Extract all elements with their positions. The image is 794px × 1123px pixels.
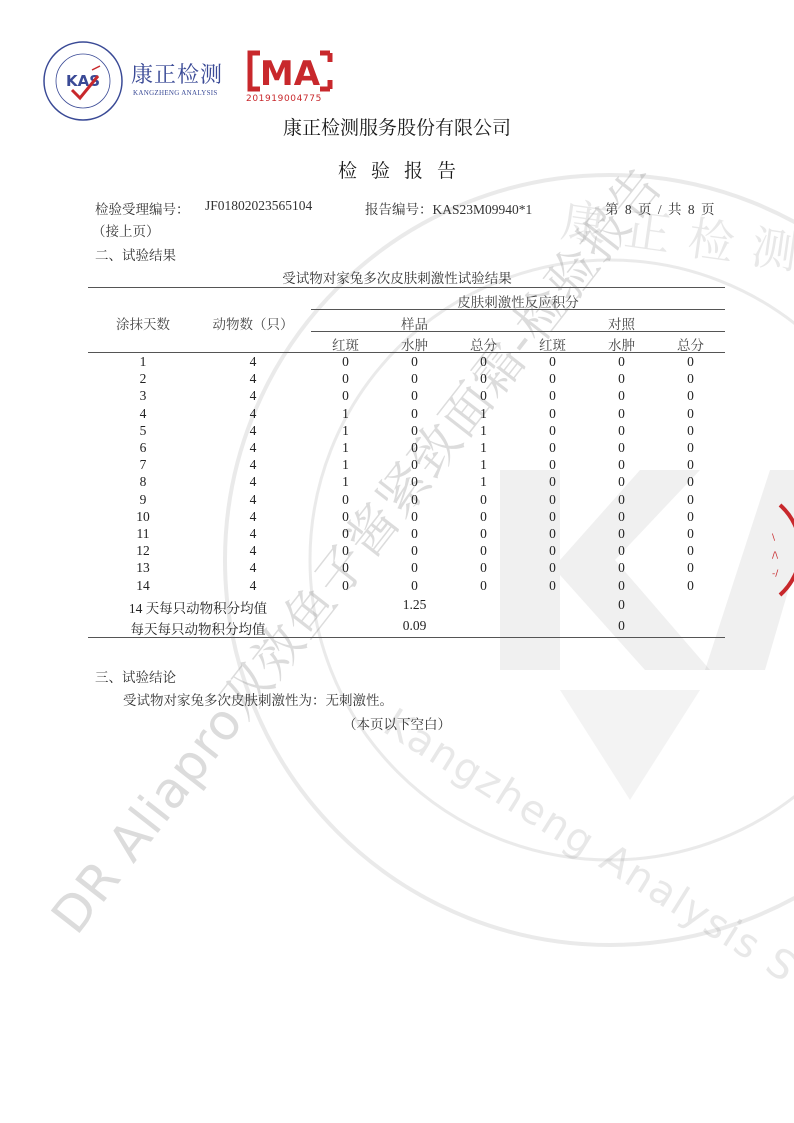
table-cell-s-ery: 1: [311, 474, 380, 490]
table-cell-c-ede: 0: [587, 492, 656, 508]
table-cell-s-tot: 0: [449, 388, 518, 404]
table-cell-s-ede: 0: [380, 440, 449, 456]
table-cell-c-ede: 0: [587, 440, 656, 456]
table-cell-n: 4: [198, 423, 308, 439]
report-title: 检验报告: [0, 156, 794, 183]
table-cell-s-tot: 0: [449, 371, 518, 387]
table-cell-c-tot: 0: [656, 440, 725, 456]
table-cell-c-tot: 0: [656, 509, 725, 525]
table-cell-c-tot: 0: [656, 457, 725, 473]
summary-label: 每天每只动物积分均值: [88, 618, 308, 638]
svg-text:/\: /\: [772, 551, 779, 561]
table-cell-s-ery: 0: [311, 354, 380, 370]
watermark-arc-en: Kangzheng Analysis S: [376, 700, 794, 992]
table-cell-n: 4: [198, 354, 308, 370]
table-cell-n: 4: [198, 457, 308, 473]
blank-below-note: （本页以下空白）: [0, 713, 794, 733]
header-control-total: 总分: [656, 334, 725, 354]
summary-control-value: 0: [587, 618, 656, 634]
table-bottom-rule: [88, 637, 725, 638]
table-cell-c-ery: 0: [518, 543, 587, 559]
table-cell-c-ede: 0: [587, 371, 656, 387]
table-cell-s-tot: 0: [449, 354, 518, 370]
svg-text:MA: MA: [260, 54, 321, 92]
page-indicator: 第 8 页 / 共 8 页: [605, 198, 716, 218]
table-cell-s-ede: 0: [380, 492, 449, 508]
table-cell-n: 4: [198, 560, 308, 576]
table-cell-c-ede: 0: [587, 423, 656, 439]
table-cell-s-tot: 0: [449, 526, 518, 542]
table-cell-c-tot: 0: [656, 354, 725, 370]
table-cell-s-ede: 0: [380, 526, 449, 542]
table-cell-day: 11: [88, 526, 198, 542]
table-cell-day: 5: [88, 423, 198, 439]
table-cell-s-ede: 0: [380, 578, 449, 594]
table-cell-s-ede: 0: [380, 474, 449, 490]
svg-text:\: \: [772, 533, 776, 543]
table-cell-s-ery: 0: [311, 509, 380, 525]
table-cell-c-tot: 0: [656, 406, 725, 422]
table-cell-c-tot: 0: [656, 526, 725, 542]
table-cell-s-tot: 1: [449, 440, 518, 456]
table-cell-s-ery: 0: [311, 543, 380, 559]
official-seal-fragment: \ /\ -/: [758, 500, 794, 600]
table-cell-c-ede: 0: [587, 474, 656, 490]
table-cell-s-ede: 0: [380, 406, 449, 422]
header-sample-total: 总分: [449, 334, 518, 354]
table-cell-c-ery: 0: [518, 354, 587, 370]
table-cell-s-tot: 1: [449, 423, 518, 439]
table-cell-c-ery: 0: [518, 474, 587, 490]
table-cell-n: 4: [198, 440, 308, 456]
table-cell-s-ede: 0: [380, 509, 449, 525]
cma-number: 201919004775: [246, 94, 322, 104]
table-cell-s-ery: 0: [311, 388, 380, 404]
table-cell-c-ery: 0: [518, 423, 587, 439]
table-cell-c-tot: 0: [656, 492, 725, 508]
section-results-heading: 二、试验结果: [95, 244, 176, 264]
table-cell-c-ede: 0: [587, 388, 656, 404]
table-cell-c-tot: 0: [656, 474, 725, 490]
header-days: 涂抹天数: [88, 313, 198, 333]
table-cell-s-ede: 0: [380, 354, 449, 370]
table-cell-s-tot: 0: [449, 578, 518, 594]
table-cell-day: 7: [88, 457, 198, 473]
table-cell-c-ede: 0: [587, 457, 656, 473]
header-sample: 样品: [311, 313, 518, 333]
header-sample-erythema: 红斑: [311, 334, 380, 354]
header-control-edema: 水肿: [587, 334, 656, 354]
table-cell-c-tot: 0: [656, 543, 725, 559]
table-cell-c-ede: 0: [587, 406, 656, 422]
header-sample-edema: 水肿: [380, 334, 449, 354]
table-cell-c-ede: 0: [587, 526, 656, 542]
table-cell-s-tot: 1: [449, 406, 518, 422]
table-cell-c-ery: 0: [518, 371, 587, 387]
table-cell-day: 3: [88, 388, 198, 404]
table-cell-n: 4: [198, 371, 308, 387]
report-number: 报告编号：KAS23M09940*1: [365, 198, 532, 218]
table-cell-n: 4: [198, 509, 308, 525]
table-cell-s-ery: 0: [311, 526, 380, 542]
summary-label: 14 天每只动物积分均值: [88, 597, 308, 617]
table-cell-c-ery: 0: [518, 492, 587, 508]
table-cell-n: 4: [198, 406, 308, 422]
table-cell-s-tot: 0: [449, 560, 518, 576]
table-cell-c-ery: 0: [518, 578, 587, 594]
brand-name-en: KANGZHENG ANALYSIS: [133, 89, 218, 97]
cma-logo: MA: [246, 50, 334, 92]
table-cell-c-tot: 0: [656, 388, 725, 404]
table-cell-n: 4: [198, 543, 308, 559]
table-cell-n: 4: [198, 388, 308, 404]
table-cell-s-ery: 1: [311, 457, 380, 473]
table-cell-c-ede: 0: [587, 560, 656, 576]
table-cell-s-tot: 0: [449, 543, 518, 559]
table-cell-s-tot: 1: [449, 474, 518, 490]
summary-sample-value: 0.09: [380, 618, 449, 634]
table-cell-c-ede: 0: [587, 354, 656, 370]
header-animals: 动物数（只）: [198, 313, 308, 333]
table-cell-s-ery: 0: [311, 492, 380, 508]
table-cell-c-ery: 0: [518, 388, 587, 404]
table-cell-c-ery: 0: [518, 457, 587, 473]
table-cell-s-ede: 0: [380, 388, 449, 404]
table-cell-s-ede: 0: [380, 543, 449, 559]
table-cell-c-tot: 0: [656, 578, 725, 594]
table-cell-s-ede: 0: [380, 457, 449, 473]
table-cell-s-tot: 0: [449, 492, 518, 508]
table-cell-s-ede: 0: [380, 423, 449, 439]
accept-number-label: 检验受理编号：: [95, 198, 190, 218]
table-cell-c-tot: 0: [656, 560, 725, 576]
table-cell-day: 9: [88, 492, 198, 508]
table-cell-day: 4: [88, 406, 198, 422]
table-cell-c-ery: 0: [518, 526, 587, 542]
accept-number: JF01802023565104: [205, 198, 312, 214]
section-conclusion-heading: 三、试验结论: [95, 666, 176, 686]
continued-note: （接上页）: [92, 220, 160, 240]
table-cell-s-ery: 1: [311, 423, 380, 439]
brand-name-cn: 康正检测: [131, 58, 223, 89]
kas-logo: KAS: [42, 40, 124, 122]
table-cell-c-tot: 0: [656, 371, 725, 387]
table-cell-c-ery: 0: [518, 509, 587, 525]
table-cell-s-ery: 0: [311, 560, 380, 576]
table-cell-day: 14: [88, 578, 198, 594]
table-cell-s-ery: 1: [311, 406, 380, 422]
table-cell-s-tot: 0: [449, 509, 518, 525]
table-cell-day: 2: [88, 371, 198, 387]
table-cell-s-ede: 0: [380, 560, 449, 576]
summary-sample-value: 1.25: [380, 597, 449, 613]
table-cell-s-ery: 1: [311, 440, 380, 456]
table-cell-day: 6: [88, 440, 198, 456]
table-cell-day: 13: [88, 560, 198, 576]
table-cell-n: 4: [198, 526, 308, 542]
table-cell-s-ede: 0: [380, 371, 449, 387]
table-cell-c-ery: 0: [518, 406, 587, 422]
table-cell-c-ede: 0: [587, 509, 656, 525]
table-cell-s-tot: 1: [449, 457, 518, 473]
table-cell-n: 4: [198, 474, 308, 490]
header-score-group: 皮肤刺激性反应积分: [311, 291, 725, 311]
table-cell-n: 4: [198, 492, 308, 508]
table-cell-c-ede: 0: [587, 543, 656, 559]
table-cell-n: 4: [198, 578, 308, 594]
table-cell-day: 8: [88, 474, 198, 490]
svg-text:-/: -/: [772, 569, 779, 579]
summary-control-value: 0: [587, 597, 656, 613]
table-cell-day: 10: [88, 509, 198, 525]
table-cell-day: 12: [88, 543, 198, 559]
header-control-erythema: 红斑: [518, 334, 587, 354]
table-cell-day: 1: [88, 354, 198, 370]
table-cell-s-ery: 0: [311, 371, 380, 387]
company-name: 康正检测服务股份有限公司: [0, 113, 794, 140]
table-cell-s-ery: 0: [311, 578, 380, 594]
table-cell-c-ery: 0: [518, 560, 587, 576]
table-caption: 受试物对家兔多次皮肤刺激性试验结果: [0, 267, 794, 287]
header-control: 对照: [518, 313, 725, 333]
table-cell-c-tot: 0: [656, 423, 725, 439]
conclusion-text: 受试物对家兔多次皮肤刺激性为：无刺激性。: [123, 689, 393, 709]
table-cell-c-ede: 0: [587, 578, 656, 594]
table-top-rule: [88, 287, 725, 288]
table-cell-c-ery: 0: [518, 440, 587, 456]
